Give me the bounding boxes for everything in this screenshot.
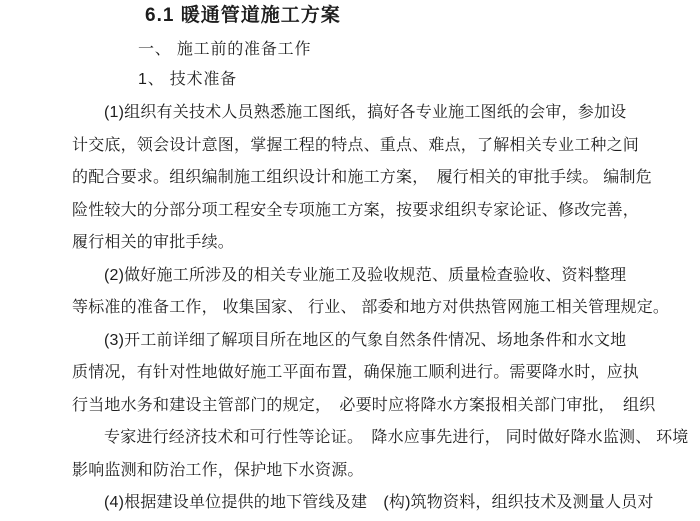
text-line: 履行相关的审批手续。 — [72, 227, 696, 260]
text-line: 的配合要求。组织编制施工组织设计和施工方案， 履行相关的审批手续。 编制危 — [72, 162, 696, 195]
text-line: 险性较大的分部分项工程安全专项施工方案，按要求组织专家论证、修改完善， — [72, 195, 696, 228]
document-page: 6.1 暖通管道施工方案 一、 施工前的准备工作 1、 技术准备 (1)组织有关… — [0, 0, 700, 521]
text-line: 行当地水务和建设主管部门的规定， 必要时应将降水方案报相关部门审批， 组织 — [72, 390, 696, 423]
text-line: (2)做好施工所涉及的相关专业施工及验收规范、质量检查验收、资料整理 — [72, 260, 696, 293]
subsection-heading: 1、 技术准备 — [138, 70, 237, 90]
document-title: 6.1 暖通管道施工方案 — [145, 4, 341, 28]
text-line: 专家进行经济技术和可行性等论证。 降水应事先进行， 同时做好降水监测、 环境 — [72, 422, 696, 455]
text-line: 等标准的准备工作， 收集国家、 行业、 部委和地方对供热管网施工相关管理规定。 — [72, 292, 696, 325]
document-body: (1)组织有关技术人员熟悉施工图纸，搞好各专业施工图纸的会审，参加设计交底，领会… — [72, 97, 696, 520]
text-line: 计交底，领会设计意图，掌握工程的特点、重点、难点，了解相关专业工种之间 — [72, 130, 696, 163]
text-line: (3)开工前详细了解项目所在地区的气象自然条件情况、场地条件和水文地 — [72, 325, 696, 358]
text-line: 影响监测和防治工作，保护地下水资源。 — [72, 455, 696, 488]
section-heading: 一、 施工前的准备工作 — [138, 40, 311, 60]
text-line: (1)组织有关技术人员熟悉施工图纸，搞好各专业施工图纸的会审，参加设 — [72, 97, 696, 130]
text-line: (4)根据建设单位提供的地下管线及建 (构)筑物资料，组织技术及测量人员对 — [72, 487, 696, 520]
text-line: 质情况，有针对性地做好施工平面布置，确保施工顺利进行。需要降水时，应执 — [72, 357, 696, 390]
